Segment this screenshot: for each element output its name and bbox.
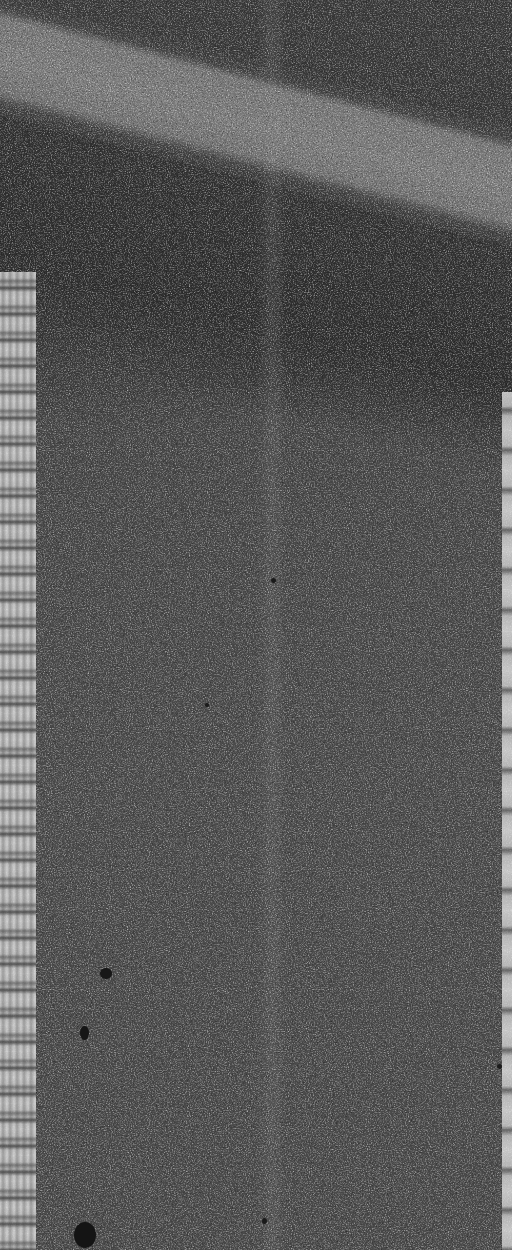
road-surface-image xyxy=(0,0,512,1250)
dark-spot xyxy=(205,703,209,707)
dark-spot xyxy=(74,1222,96,1248)
right-lane-stripe xyxy=(502,392,512,1250)
dark-spot xyxy=(80,1026,89,1040)
dark-spot xyxy=(497,1064,502,1069)
left-lane-stripe-texture xyxy=(0,272,36,1250)
grain-texture xyxy=(0,0,512,1250)
dark-spot xyxy=(262,1218,267,1224)
dark-spot xyxy=(100,968,112,979)
dark-spot xyxy=(271,578,276,583)
